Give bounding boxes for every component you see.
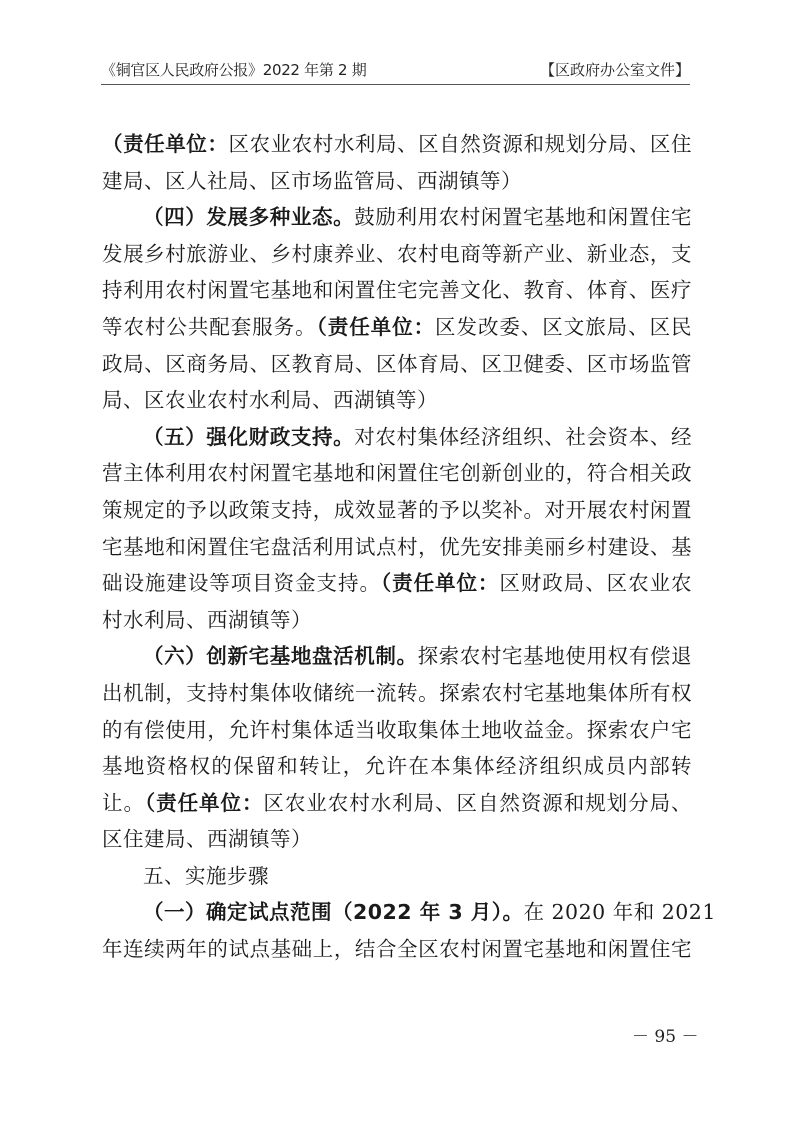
bold-lead: （四）发展多种业态。 [143, 205, 354, 229]
body-text: 区财政局、区农业农 [499, 571, 692, 595]
text-line: 让。（责任单位：区农业农村水利局、区自然资源和规划分局、 [102, 785, 692, 822]
bold-lead: （责任单位： [317, 315, 435, 339]
text-line: 础设施建设等项目资金支持。（责任单位：区财政局、区农业农 [102, 565, 692, 602]
body-text: 鼓励利用农村闲置宅基地和闲置住宅 [354, 205, 692, 229]
text-line: 持利用农村闲置宅基地和闲置住宅完善文化、教育、体育、医疗 [102, 272, 692, 309]
text-line: 发展乡村旅游业、乡村康养业、农村电商等新产业、新业态，支 [102, 236, 692, 273]
body-text: 基地资格权的保留和转让，允许在本集体经济组织成员内部转 [102, 754, 692, 778]
page-number: － 95 － [632, 1022, 698, 1047]
leading-text: 础设施建设等项目资金支持。 [102, 571, 381, 595]
text-line: 营主体利用农村闲置宅基地和闲置住宅创新创业的，符合相关政 [102, 455, 692, 492]
body-text: 区农业农村水利局、区自然资源和规划分局、 [263, 791, 692, 815]
text-line: 策规定的予以政策支持，成效显著的予以奖补。对开展农村闲置 [102, 492, 692, 529]
body-text: 区发改委、区文旅局、区民 [435, 315, 692, 339]
leading-text: 让。 [102, 791, 145, 815]
text-line: （六）创新宅基地盘活机制。探索农村宅基地使用权有偿退 [102, 638, 692, 675]
bold-lead: （五）强化财政支持。 [143, 425, 354, 449]
body-text: 宅基地和闲置住宅盘活利用试点村，优先安排美丽乡村建设、基 [102, 535, 692, 559]
text-line: 年连续两年的试点基础上，结合全区农村闲置宅基地和闲置住宅 [102, 931, 692, 968]
leading-text: 等农村公共配套服务。 [102, 315, 317, 339]
body-text: 营主体利用农村闲置宅基地和闲置住宅创新创业的，符合相关政 [102, 461, 692, 485]
text-line: （一）确定试点范围（2022 年 3 月）。在 2020 年和 2021 [102, 894, 692, 931]
text-line: 的有偿使用，允许村集体适当收取集体土地收益金。探索农户宅 [102, 712, 692, 749]
body-text: 区农业农村水利局、区自然资源和规划分局、区住 [228, 132, 692, 156]
body-text: 出机制，支持村集体收储统一流转。探索农村宅基地集体所有权 [102, 681, 692, 705]
heading-text: 五、实施步骤 [143, 864, 269, 888]
text-line: （四）发展多种业态。鼓励利用农村闲置宅基地和闲置住宅 [102, 199, 692, 236]
bold-lead: （责任单位： [145, 791, 263, 815]
body-text: 建局、区人社局、区市场监管局、西湖镇等） [102, 169, 522, 193]
text-line: 出机制，支持村集体收储统一流转。探索农村宅基地集体所有权 [102, 675, 692, 712]
text-line: （责任单位：区农业农村水利局、区自然资源和规划分局、区住 [102, 126, 692, 163]
body-text: 年连续两年的试点基础上，结合全区农村闲置宅基地和闲置住宅 [102, 937, 692, 961]
text-line: 宅基地和闲置住宅盘活利用试点村，优先安排美丽乡村建设、基 [102, 529, 692, 566]
bold-lead: （六）创新宅基地盘活机制。 [143, 644, 418, 668]
body-text: 持利用农村闲置宅基地和闲置住宅完善文化、教育、体育、医疗 [102, 278, 692, 302]
body-text: 发展乡村旅游业、乡村康养业、农村电商等新产业、新业态，支 [102, 242, 692, 266]
body-text: 在 2020 年和 2021 [523, 900, 715, 924]
header-rule [101, 84, 690, 85]
body-text: 对农村集体经济组织、社会资本、经 [354, 425, 692, 449]
running-header: 《铜官区人民政府公报》2022 年第 2 期 【区政府办公室文件】 [101, 59, 690, 83]
body-text: 策规定的予以政策支持，成效显著的予以奖补。对开展农村闲置 [102, 498, 692, 522]
body-text: 局、区农业农村水利局、西湖镇等） [102, 388, 438, 412]
text-line: 村水利局、西湖镇等） [102, 602, 692, 639]
text-line: 区住建局、西湖镇等） [102, 821, 692, 858]
bold-lead: （责任单位： [381, 571, 499, 595]
body-text: 探索农村宅基地使用权有偿退 [418, 644, 692, 668]
bold-lead: （一）确定试点范围（2022 年 3 月）。 [143, 900, 523, 924]
text-line: 基地资格权的保留和转让，允许在本集体经济组织成员内部转 [102, 748, 692, 785]
section-heading: 五、实施步骤 [102, 858, 692, 895]
section-label: 【区政府办公室文件】 [540, 59, 690, 80]
body-text: 区住建局、西湖镇等） [102, 827, 312, 851]
text-line: （五）强化财政支持。对农村集体经济组织、社会资本、经 [102, 419, 692, 456]
body-text: 政局、区商务局、区教育局、区体育局、区卫健委、区市场监管 [102, 352, 692, 376]
document-body: （责任单位：区农业农村水利局、区自然资源和规划分局、区住建局、区人社局、区市场监… [102, 126, 692, 968]
bold-lead: （责任单位： [102, 132, 228, 156]
text-line: 政局、区商务局、区教育局、区体育局、区卫健委、区市场监管 [102, 346, 692, 383]
body-text: 村水利局、西湖镇等） [102, 608, 312, 632]
publication-title: 《铜官区人民政府公报》2022 年第 2 期 [101, 59, 366, 80]
text-line: 局、区农业农村水利局、西湖镇等） [102, 382, 692, 419]
body-text: 的有偿使用，允许村集体适当收取集体土地收益金。探索农户宅 [102, 718, 692, 742]
text-line: 建局、区人社局、区市场监管局、西湖镇等） [102, 163, 692, 200]
text-line: 等农村公共配套服务。（责任单位：区发改委、区文旅局、区民 [102, 309, 692, 346]
